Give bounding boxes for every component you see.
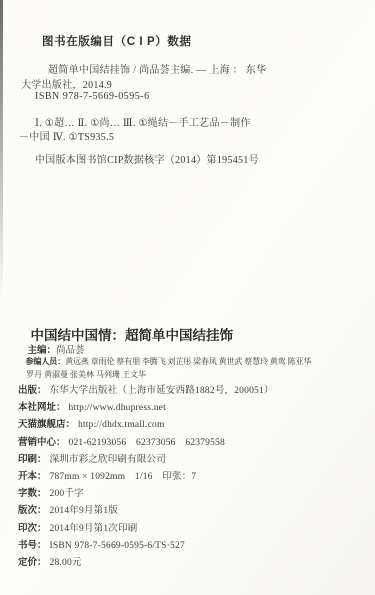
pub-label: 定价： [18, 554, 47, 568]
pub-label: 印刷： [18, 451, 47, 465]
cip-heading: 图书在版编目（C I P）数据 [42, 33, 192, 49]
cip-record-number-line: 中国版本图书馆CIP数据核字（2014）第195451号 [35, 151, 259, 166]
pub-value: 200千字 [50, 485, 84, 499]
pub-row-website: 本社网址： http://www.dhupress.net [18, 399, 368, 416]
pub-row-printer: 印刷： 深圳市彩之欣印刷有限公司 [18, 451, 368, 468]
pub-value: 021-62193056 62373056 62379558 [69, 434, 225, 448]
book-title-main: 超简单中国结挂饰 [125, 328, 233, 343]
pub-value: 2014年9月第1次印刷 [50, 520, 138, 534]
pub-value: ISBN 978-7-5669-0595-6/TS·527 [50, 541, 185, 551]
pub-label: 印次： [18, 520, 47, 534]
pub-value: 2014年9月第1版 [50, 502, 119, 516]
pub-row-price: 定价： 28.00元 [18, 554, 368, 571]
cip-classification-line-1: Ⅰ. ①超… Ⅱ. ①尚… Ⅲ. ①绳结－手工艺品－制作 [35, 114, 251, 129]
pub-label: 本社网址： [18, 399, 66, 413]
pub-row-word-count: 字数： 200千字 [18, 485, 368, 502]
pub-row-edition: 版次： 2014年9月第1版 [18, 502, 368, 519]
pub-row-marketing-center: 营销中心： 021-62193056 62373056 62379558 [18, 434, 368, 451]
publication-details: 出版： 东华大学出版社（上海市延安西路1882号，200051） 本社网址： h… [18, 382, 368, 571]
pub-label: 开本： [18, 468, 47, 482]
cip-publisher-line: 大学出版社，2014.9 [21, 76, 112, 91]
pub-value: http://www.dhupress.net [69, 403, 166, 413]
pub-value: 787mm × 1092mm 1/16 印张：7 [50, 468, 197, 482]
pub-label: 出版： [18, 382, 47, 396]
pub-row-printing: 印次： 2014年9月第1次印刷 [18, 520, 368, 537]
pub-label: 书号： [18, 537, 47, 551]
cip-title-line: 超简单中国结挂饰 / 尚品荟主编. — 上海 ： 东华 [48, 61, 266, 76]
pub-row-book-number: 书号： ISBN 978-7-5669-0595-6/TS·527 [18, 537, 368, 554]
pub-label: 字数： [18, 485, 47, 499]
pub-row-publisher: 出版： 东华大学出版社（上海市延安西路1882号，200051） [18, 382, 368, 399]
pub-label: 天猫旗舰店： [18, 416, 75, 430]
pub-value: 深圳市彩之欣印刷有限公司 [50, 451, 166, 465]
pub-label: 版次： [18, 502, 47, 516]
pub-row-tmall-store: 天猫旗舰店： http://dhdx.tmall.com [18, 416, 368, 433]
contributors-names-2: 罗丹 黄淑曼 张美林 马列珊 王文华 [26, 370, 146, 379]
pub-value: 28.00元 [50, 554, 82, 568]
cip-classification-line-2: －中国 Ⅳ. ①TS935.5 [19, 128, 114, 143]
pub-row-format: 开本： 787mm × 1092mm 1/16 印张：7 [18, 468, 368, 485]
book-copyright-page: 图书在版编目（C I P）数据 超简单中国结挂饰 / 尚品荟主编. — 上海 ：… [0, 0, 375, 595]
cip-isbn-line: ISBN 978-7-5669-0595-6 [35, 91, 150, 102]
pub-value: 东华大学出版社（上海市延安西路1882号，200051） [50, 382, 274, 396]
pub-label: 营销中心： [18, 434, 66, 448]
pub-value: http://dhdx.tmall.com [78, 420, 165, 430]
spine-shadow [0, 0, 3, 300]
